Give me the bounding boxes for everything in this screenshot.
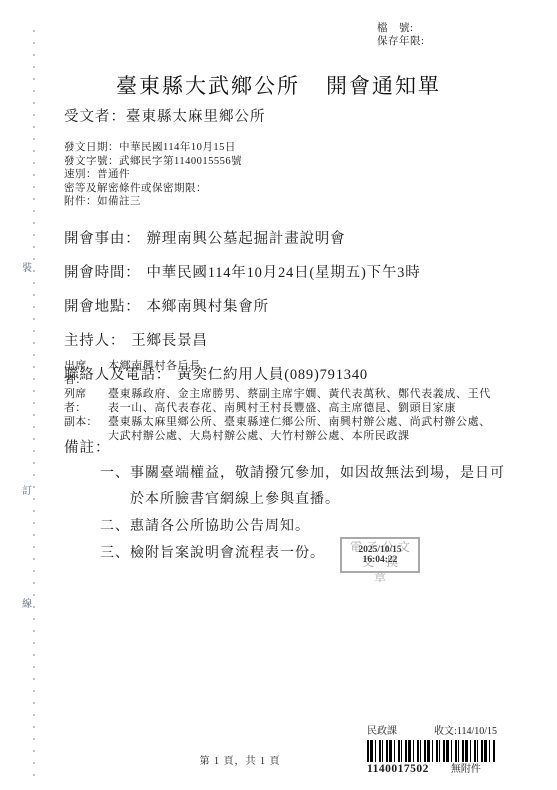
attendee-label: 副本： (64, 415, 108, 429)
note-item-1: 一、事關臺端權益，敬請撥冗參加，如因故無法到場，是日可於本所臉書官網線上參與直播… (100, 461, 514, 513)
chairperson-line: 主持人：王鄉長景昌 (64, 329, 421, 350)
chairperson-value: 王鄉長景昌 (131, 333, 208, 349)
recipient-value: 臺東縣太麻里鄉公所 (126, 109, 266, 125)
file-number-block: 檔 號: 保存年限: (377, 23, 424, 48)
receipt-date: 收文:114/10/15 (434, 726, 497, 738)
stamp-time: 16:04:22 (342, 555, 418, 565)
page-number-footer: 第 1 頁，共 1 頁 (0, 752, 480, 767)
priority-line: 速別：普通件 (64, 168, 242, 182)
binding-mark-xian: 線 (22, 600, 32, 610)
receipt-header-row: 民政課 收文:114/10/15 (367, 726, 497, 738)
attendee-value: 臺東縣政府、金主席勝男、蔡副主席宇嫺、黃代表萬秋、鄭代表義成、王代表一山、高代表… (108, 387, 500, 415)
receipt-stamp-block: 民政課 收文:114/10/15 1140017502 無附件 (367, 726, 497, 776)
attendee-label: 列席者： (64, 387, 108, 415)
classification-line: 密等及解密條件或保密期限： (64, 182, 242, 196)
binding-mark-ding: 訂 (22, 487, 32, 497)
document-type: 開會通知單 (326, 74, 441, 98)
attendee-value: 本鄉南興村各戶長 (108, 359, 500, 373)
note-item-2: 二、惠請各公所協助公告周知。 (100, 514, 514, 540)
note-item-3: 三、檢附旨案說明會流程表一份。 (100, 541, 514, 567)
binding-dotted-line (33, 30, 35, 782)
attendee-label: 出席者： (64, 359, 108, 387)
document-title: 臺東縣大武鄉公所開會通知單 (0, 70, 557, 100)
meeting-place-value: 本鄉南興村集會所 (147, 299, 269, 315)
document-meta-block: 發文日期：中華民國114年10月15日 發文字號：武鄉民字第1140015556… (64, 141, 242, 209)
notes-heading: 備註： (64, 436, 111, 457)
receipt-department: 民政課 (367, 726, 397, 738)
recipient-label: 受文者： (64, 109, 126, 125)
file-number-label: 檔 號: (377, 23, 424, 36)
issue-number-line: 發文字號：武鄉民字第1140015556號 (64, 155, 242, 169)
binding-mark-zhuang: 裝 (22, 264, 32, 274)
stamp-date: 2025/10/15 (342, 545, 418, 555)
meeting-time-value: 中華民國114年10月24日(星期五)下午3時 (147, 265, 421, 281)
stamp-timestamp: 2025/10/15 16:04:22 (342, 539, 418, 571)
meeting-subject-label: 開會事由： (64, 231, 141, 247)
retention-period-label: 保存年限: (377, 36, 424, 49)
chairperson-label: 主持人： (64, 333, 125, 349)
recipient-line: 受文者：臺東縣太麻里鄉公所 (64, 105, 266, 126)
notes-block: 一、事關臺端權益，敬請撥冗參加，如因故無法到場，是日可於本所臉書官網線上參與直播… (100, 461, 514, 568)
attendee-row-cc: 副本： 臺東縣太麻里鄉公所、臺東縣達仁鄉公所、南興村辦公處、尚武村辦公處、大武村… (64, 415, 500, 443)
electronic-exchange-stamp: 電子公文 交換章 2025/10/15 16:04:22 (340, 537, 420, 573)
meeting-time-label: 開會時間： (64, 265, 141, 281)
meeting-subject-value: 辦理南興公墓起掘計畫說明會 (147, 231, 346, 247)
attendees-block: 出席者： 本鄉南興村各戶長 列席者： 臺東縣政府、金主席勝男、蔡副主席宇嫺、黃代… (64, 359, 500, 443)
meeting-place-label: 開會地點： (64, 299, 141, 315)
attendee-value: 臺東縣太麻里鄉公所、臺東縣達仁鄉公所、南興村辦公處、尚武村辦公處、大武村辦公處、… (108, 415, 500, 443)
meeting-notice-document: 裝 訂 線 檔 號: 保存年限: 臺東縣大武鄉公所開會通知單 受文者：臺東縣太麻… (0, 0, 557, 790)
attendee-row-present: 出席者： 本鄉南興村各戶長 (64, 359, 500, 387)
issue-date-line: 發文日期：中華民國114年10月15日 (64, 141, 242, 155)
meeting-time-line: 開會時間：中華民國114年10月24日(星期五)下午3時 (64, 261, 421, 282)
meeting-place-line: 開會地點：本鄉南興村集會所 (64, 295, 421, 316)
attachment-line: 附件：如備註三 (64, 195, 242, 209)
attendee-row-observers: 列席者： 臺東縣政府、金主席勝男、蔡副主席宇嫺、黃代表萬秋、鄭代表義成、王代表一… (64, 387, 500, 415)
issuing-org-name: 臺東縣大武鄉公所 (116, 74, 300, 98)
meeting-subject-line: 開會事由：辦理南興公墓起掘計畫說明會 (64, 227, 421, 248)
